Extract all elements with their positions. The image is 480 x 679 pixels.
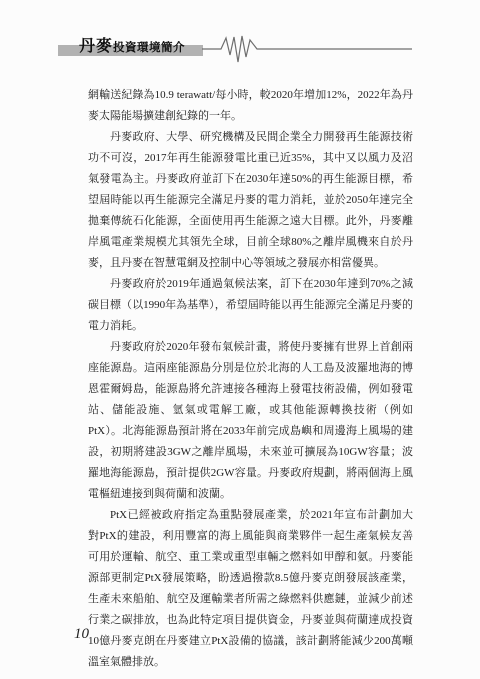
document-page: 丹麥 投資環境簡介 網輸送紀錄為10.9 terawatt/每小時，較2020年… (0, 0, 480, 679)
chapter-title-bar: 丹麥 投資環境簡介 (58, 45, 203, 56)
paragraph-4: 丹麥政府於2020年發布氣候計畫，將使丹麥擁有世界上首創兩座能源島。這兩座能源島… (88, 337, 413, 505)
body-text: 網輸送紀錄為10.9 terawatt/每小時，較2020年增加12%，2022… (88, 85, 413, 673)
chapter-title: 丹麥 投資環境簡介 (79, 33, 185, 56)
chapter-title-country: 丹麥 (79, 33, 113, 56)
chapter-title-subtitle: 投資環境簡介 (113, 39, 185, 55)
page-number: 10 (74, 626, 89, 643)
paragraph-1: 網輸送紀錄為10.9 terawatt/每小時，較2020年增加12%，2022… (88, 85, 413, 127)
paragraph-2: 丹麥政府、大學、研究機構及民間企業全力開發再生能源技術功不可沒，2017年再生能… (88, 127, 413, 274)
pulse-zigzag-icon (202, 33, 413, 67)
paragraph-5: PtX已經被政府指定為重點發展產業，於2021年宣布計劃加大對PtX的建設，利用… (88, 505, 413, 673)
paragraph-3: 丹麥政府於2019年通過氣候法案，訂下在2030年達到70%之減碳目標（以199… (88, 274, 413, 337)
